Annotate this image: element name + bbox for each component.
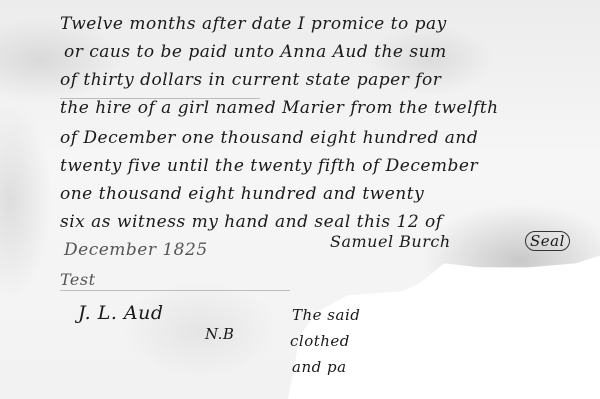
- witness-signature: J. L. Aud: [78, 302, 164, 324]
- body-line-6: twenty five until the twenty fifth of De…: [60, 156, 478, 176]
- body-line-1: Twelve months after date I promice to pa…: [60, 14, 447, 34]
- ruled-line: [60, 290, 290, 291]
- body-line-2: or caus to be paid unto Anna Aud the sum: [64, 42, 447, 62]
- signature-name: Samuel Burch: [330, 232, 451, 251]
- attestation-label: Test: [60, 270, 96, 289]
- body-line-8: six as witness my hand and seal this 12 …: [60, 212, 443, 232]
- seal-mark: Seal: [525, 231, 570, 251]
- body-line-9: December 1825: [64, 240, 208, 260]
- body-line-5: of December one thousand eight hundred a…: [60, 128, 478, 148]
- body-line-4: the hire of a girl named Marier from the…: [60, 98, 499, 118]
- note-line-1: The said: [292, 306, 360, 324]
- body-line-3: of thirty dollars in current state paper…: [60, 70, 441, 90]
- body-line-7: one thousand eight hundred and twenty: [60, 184, 424, 204]
- witness-mark: N.B: [205, 325, 234, 343]
- note-line-3: and pa: [292, 358, 347, 376]
- note-line-2: clothed: [290, 332, 350, 350]
